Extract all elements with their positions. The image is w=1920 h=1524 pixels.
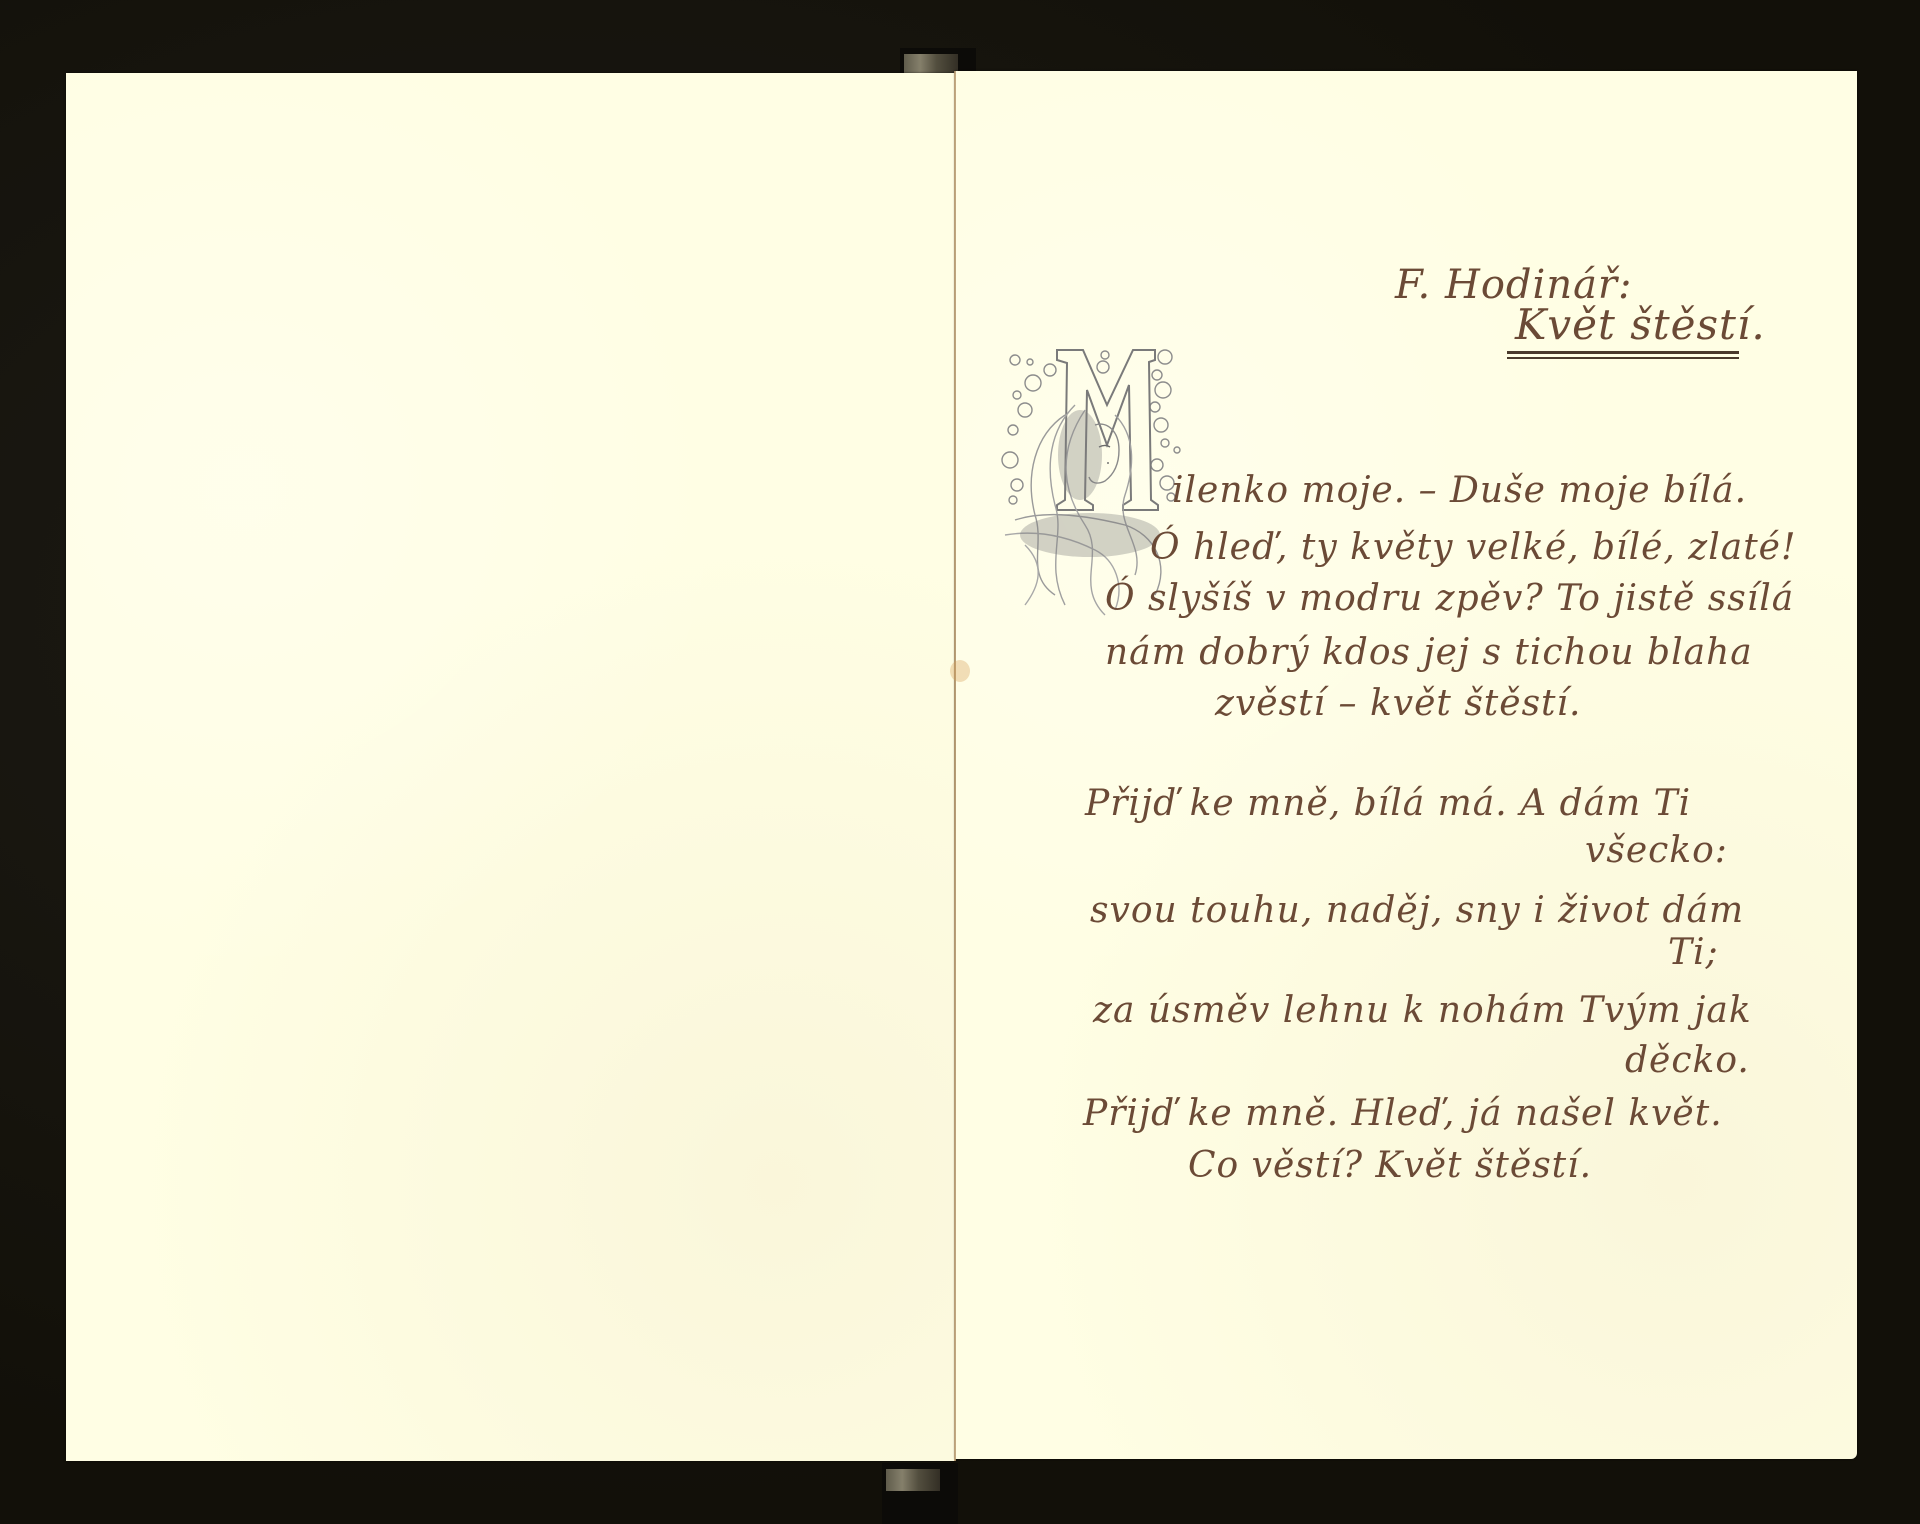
poem-line: nám dobrý kdos jej s tichou blaha (1105, 632, 1753, 673)
left-page-blank (66, 73, 955, 1461)
spine-binding-top (900, 48, 976, 73)
poem-line: Ti; (1668, 932, 1719, 973)
poem-line: Co věstí? Květ štěstí. (1188, 1145, 1592, 1186)
poem-line: děcko. (1625, 1040, 1750, 1081)
poem-line: všecko: (1585, 830, 1728, 871)
poem-line: Ó slyšíš v modru zpěv? To jistě ssílá (1105, 578, 1794, 619)
poem-title: Květ štěstí. (1515, 300, 1766, 349)
spine-binding-bottom (882, 1463, 958, 1524)
book-gutter (954, 71, 956, 1461)
poem-line: zvěstí – květ štěstí. (1215, 683, 1581, 724)
poem-line: Přijď ke mně, bílá má. A dám Ti (1085, 783, 1691, 824)
foxing-stain (950, 660, 970, 682)
title-underline (1507, 351, 1739, 354)
poem-line: svou touhu, naděj, sny i život dám (1090, 890, 1744, 931)
poem-line: za úsměv lehnu k nohám Tvým jak (1093, 990, 1752, 1031)
title-underline-second (1507, 357, 1739, 359)
poem-line: Ó hleď, ty květy velké, bílé, zlaté! (1150, 527, 1796, 568)
poem-line: Přijď ke mně. Hleď, já našel květ. (1083, 1093, 1723, 1134)
poem-line: ilenko moje. – Duše moje bílá. (1172, 470, 1747, 511)
